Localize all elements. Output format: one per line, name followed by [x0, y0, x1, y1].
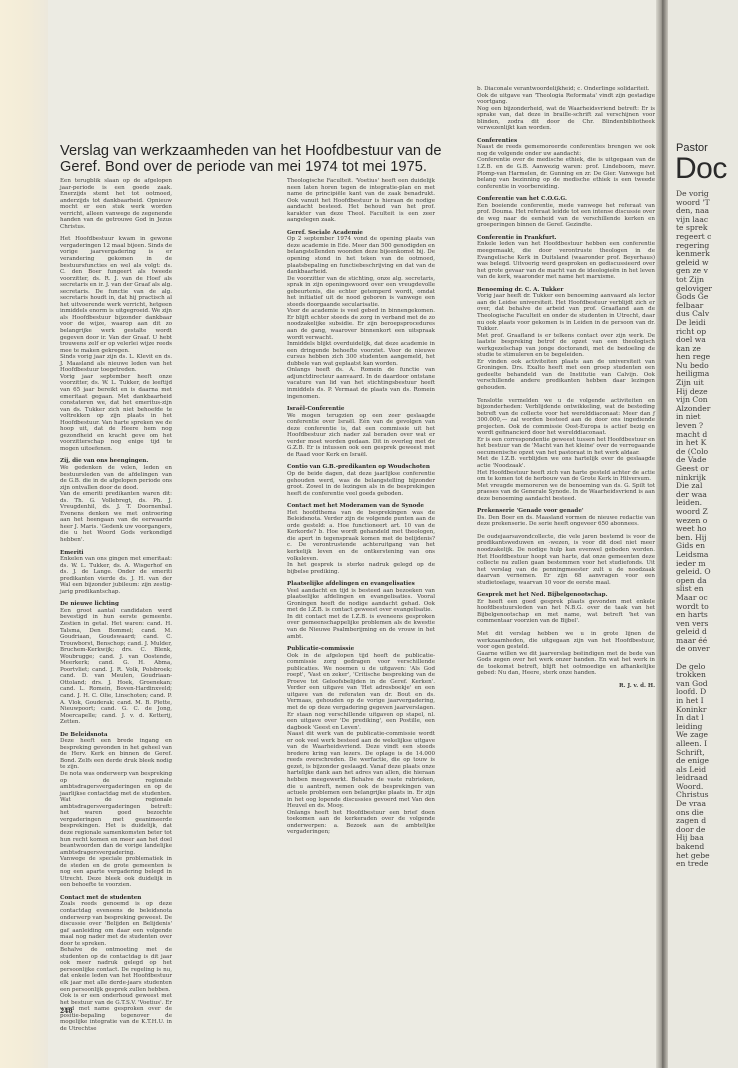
- paragraph: Het Hoofdbestuur heeft zich van harte ge…: [477, 470, 655, 483]
- paragraph: Inmiddels blijkt overduidelijk, dat deze…: [287, 341, 435, 367]
- paragraph: Naast de reeds gememoreerde conferenties…: [477, 144, 655, 157]
- paragraph: In dit contact met de I.Z.B. is eveneens…: [287, 614, 435, 640]
- paragraph: Een groot aantal candidaten werd bevesti…: [60, 608, 172, 726]
- next-page-title: Doc: [675, 152, 727, 186]
- paragraph: Enkele leden van het Hoofdbestuur hebben…: [477, 241, 655, 280]
- next-page-line: en trede: [676, 860, 738, 869]
- paragraph: Met de I.Z.B. verblijden we ons hartelij…: [477, 456, 655, 469]
- page-edge-shadow: [0, 0, 48, 1068]
- paragraph: Het hoofdthema van de besprekingen was d…: [287, 510, 435, 562]
- paragraph: Ook in de afgelopen tijd heeft de public…: [287, 653, 435, 732]
- paragraph: We gedenken de velen, leden en bestuursl…: [60, 465, 172, 491]
- paragraph: Met dit verslag hebben we u in grote lij…: [477, 631, 655, 651]
- paragraph: Tenslotte vermelden we u de volgende act…: [477, 398, 655, 437]
- paragraph: Onlangs heeft het Hoofdbestuur een brief…: [287, 810, 435, 836]
- paragraph: Een terugblik slaan op de afgelopen jaar…: [60, 178, 172, 230]
- paragraph: Wat de regionale ambtsdragersvergadering…: [60, 797, 172, 856]
- page-number: 248: [60, 1008, 73, 1015]
- article-column-3: b. Diaconale verantwoordelijkheid; c. On…: [477, 86, 655, 689]
- paragraph: Met vreugde memoreren we de benoeming va…: [477, 483, 655, 503]
- section-heading: Plaatselijke afdelingen en evangelisatie…: [287, 581, 435, 588]
- paragraph: Vorig jaar heeft dr. Tukker een benoemin…: [477, 293, 655, 332]
- paragraph: Op 2 september 1974 vond de opening plaa…: [287, 236, 435, 275]
- paragraph: Onlangs heeft ds. A. Romein de functie v…: [287, 367, 435, 400]
- paragraph: Voor de academie is veel gebed in binnen…: [287, 308, 435, 341]
- paragraph: Naast dit werk van de publicatie-commiss…: [287, 731, 435, 810]
- paragraph: Vanwege de speciale problematiek in de s…: [60, 856, 172, 889]
- paragraph: De voorzitter van de stichting, onze alg…: [287, 276, 435, 309]
- paragraph: In het gesprek is sterke nadruk gelegd o…: [287, 562, 435, 575]
- paragraph: Op de beide dagen, dat deze jaarlijkse c…: [287, 471, 435, 497]
- article-column-1: Een terugblik slaan op de afgelopen jaar…: [60, 178, 172, 1032]
- paragraph: Ook is er een onderhoud geweest met het …: [60, 993, 172, 1032]
- paragraph: Er heeft een goed gesprek plaats gevonde…: [477, 599, 655, 625]
- paragraph: Theologische Faculteit. 'Voetius' heeft …: [287, 178, 435, 224]
- paragraph: Nog een bijzonderheid, wat de Waarheidsv…: [477, 106, 655, 132]
- paragraph: De oudejaarsavondcollecte, die vele jare…: [477, 534, 655, 586]
- paragraph: Behalve de ontmoeting met de studenten o…: [60, 947, 172, 993]
- article-column-2: Theologische Faculteit. 'Voetius' heeft …: [287, 178, 435, 836]
- paragraph: Vorig jaar september heeft onze voorzitt…: [60, 374, 172, 453]
- paragraph: b. Diaconale verantwoordelijkheid; c. On…: [477, 86, 655, 93]
- paragraph: Veel aandacht en tijd is besteed aan bez…: [287, 588, 435, 614]
- paragraph: Gaarne willen we dit jaarverslag beëindi…: [477, 651, 655, 677]
- paragraph: Sinds vorig jaar zijn ds. L. Klevit en d…: [60, 354, 172, 374]
- paragraph: Ds. Den Boer en ds. Maasland vormen de n…: [477, 515, 655, 528]
- paragraph: Zoals reeds genoemd is op deze contactda…: [60, 901, 172, 947]
- paragraph: Met prof. Graafland is er telkens contac…: [477, 333, 655, 359]
- paragraph: Deze heeft een brede ingang en besprekin…: [60, 738, 172, 771]
- next-page-line: de onver: [676, 645, 738, 654]
- book-gutter: [656, 0, 668, 1068]
- author-signature: R. J. v. d. H.: [477, 683, 655, 690]
- paragraph: De nota was onderwerp van bespreking op …: [60, 771, 172, 797]
- paragraph: Conferentie over de medische ethiek, die…: [477, 157, 655, 190]
- paragraph: Er is een correspondentie geweest tussen…: [477, 437, 655, 457]
- section-heading: Contio van G.B.-predikanten op Woudschot…: [287, 464, 435, 471]
- paragraph: We mogen terugzien op een zeer geslaagde…: [287, 413, 435, 459]
- paragraph: Enkelen van ons gingen met emeritaat: ds…: [60, 556, 172, 595]
- section-heading: Contact met het Moderamen van de Synode: [287, 503, 435, 510]
- paragraph: Ook de uitgave van 'Theologia Reformata'…: [477, 93, 655, 106]
- next-page-column: De vorigwoord 'Tden, naavijn laacte spre…: [676, 190, 738, 869]
- paragraph: Van de emeriti predikanten waren dit: ds…: [60, 491, 172, 543]
- paragraph: Er vinden ook activiteiten plaats aan de…: [477, 359, 655, 392]
- paragraph: Het Hoofdbestuur kwam in gewone vergader…: [60, 236, 172, 354]
- paragraph: Een boeiende conferentie, mede vanwege h…: [477, 203, 655, 229]
